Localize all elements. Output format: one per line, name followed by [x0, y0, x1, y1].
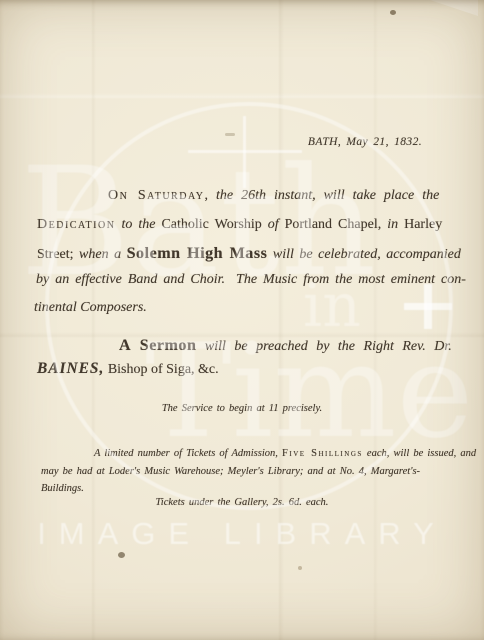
text-segment: On Saturday — [108, 188, 204, 203]
sermon-line2: BAINES, Bishop of Siga, &c. — [37, 360, 219, 379]
text-segment: Portland Chapel, — [285, 217, 388, 232]
text-segment: , — [204, 188, 216, 203]
paragraph1-line4: by an effective Band and Choir. The Musi… — [36, 272, 466, 289]
text-segment: of — [268, 217, 285, 232]
paragraph1-line3: Street; when a Solemn High Mass will be … — [37, 244, 461, 264]
text-segment: to the — [121, 217, 161, 232]
text-segment: BAINES, — [37, 360, 104, 377]
text-segment: Street; — [37, 247, 79, 262]
service-time-line: The Service to begin at 11 precisely. — [0, 403, 484, 416]
text-segment: tinental Composers. — [34, 300, 147, 315]
dateline: BATH, May 21, 1832. — [308, 136, 422, 150]
text-segment: Dedication — [37, 217, 115, 232]
tickets-line3: Buildings. — [41, 483, 84, 496]
printed-text: BATH, May 21, 1832. On Saturday, the 26t… — [0, 0, 484, 640]
text-segment: Tickets under the Gallery, 2s. 6d. each. — [156, 497, 329, 508]
text-segment: the 26th instant, will take place the — [216, 188, 439, 203]
text-segment: when a — [79, 247, 127, 262]
gallery-tickets-line: Tickets under the Gallery, 2s. 6d. each. — [0, 497, 484, 510]
text-segment: in — [387, 217, 404, 232]
text-segment: Five Shillings — [282, 448, 363, 459]
paragraph1-line5: tinental Composers. — [34, 300, 147, 317]
text-segment: The Service to begin at 11 precisely. — [162, 403, 322, 414]
text-segment: The Music from the most eminent con- — [236, 272, 466, 287]
text-segment: will be preached by the Right Rev. Dr. — [205, 339, 452, 354]
tickets-line1: A limited number of Tickets of Admission… — [94, 448, 476, 461]
text-segment: BATH, May 21, 1832. — [308, 136, 422, 148]
scanned-handbill-screenshot: BATH, May 21, 1832. On Saturday, the 26t… — [0, 0, 484, 640]
text-segment: may be had at Loder's Music Warehouse; M… — [41, 466, 420, 477]
sermon-line1: A Sermon will be preached by the Right R… — [119, 336, 452, 356]
text-segment: by an effective Band and Choir. — [36, 272, 225, 287]
tickets-line2: may be had at Loder's Music Warehouse; M… — [41, 466, 420, 479]
paragraph1-line1: On Saturday, the 26th instant, will take… — [108, 188, 439, 205]
paragraph1-line2: Dedication to the Catholic Worship of Po… — [37, 217, 442, 234]
text-segment — [196, 339, 205, 354]
text-segment: A limited number of Tickets of Admission… — [94, 448, 282, 459]
text-segment: Harley — [404, 217, 442, 232]
text-segment: Solemn High Mass — [127, 245, 268, 262]
text-segment: each, will be issued, and — [363, 448, 476, 459]
text-segment: Bishop of Siga, &c. — [104, 362, 218, 377]
text-segment: A Sermon — [119, 337, 196, 354]
text-segment: will be celebrated, accompanied — [273, 247, 461, 262]
text-segment: Buildings. — [41, 483, 84, 494]
text-segment: Catholic Worship — [161, 217, 267, 232]
